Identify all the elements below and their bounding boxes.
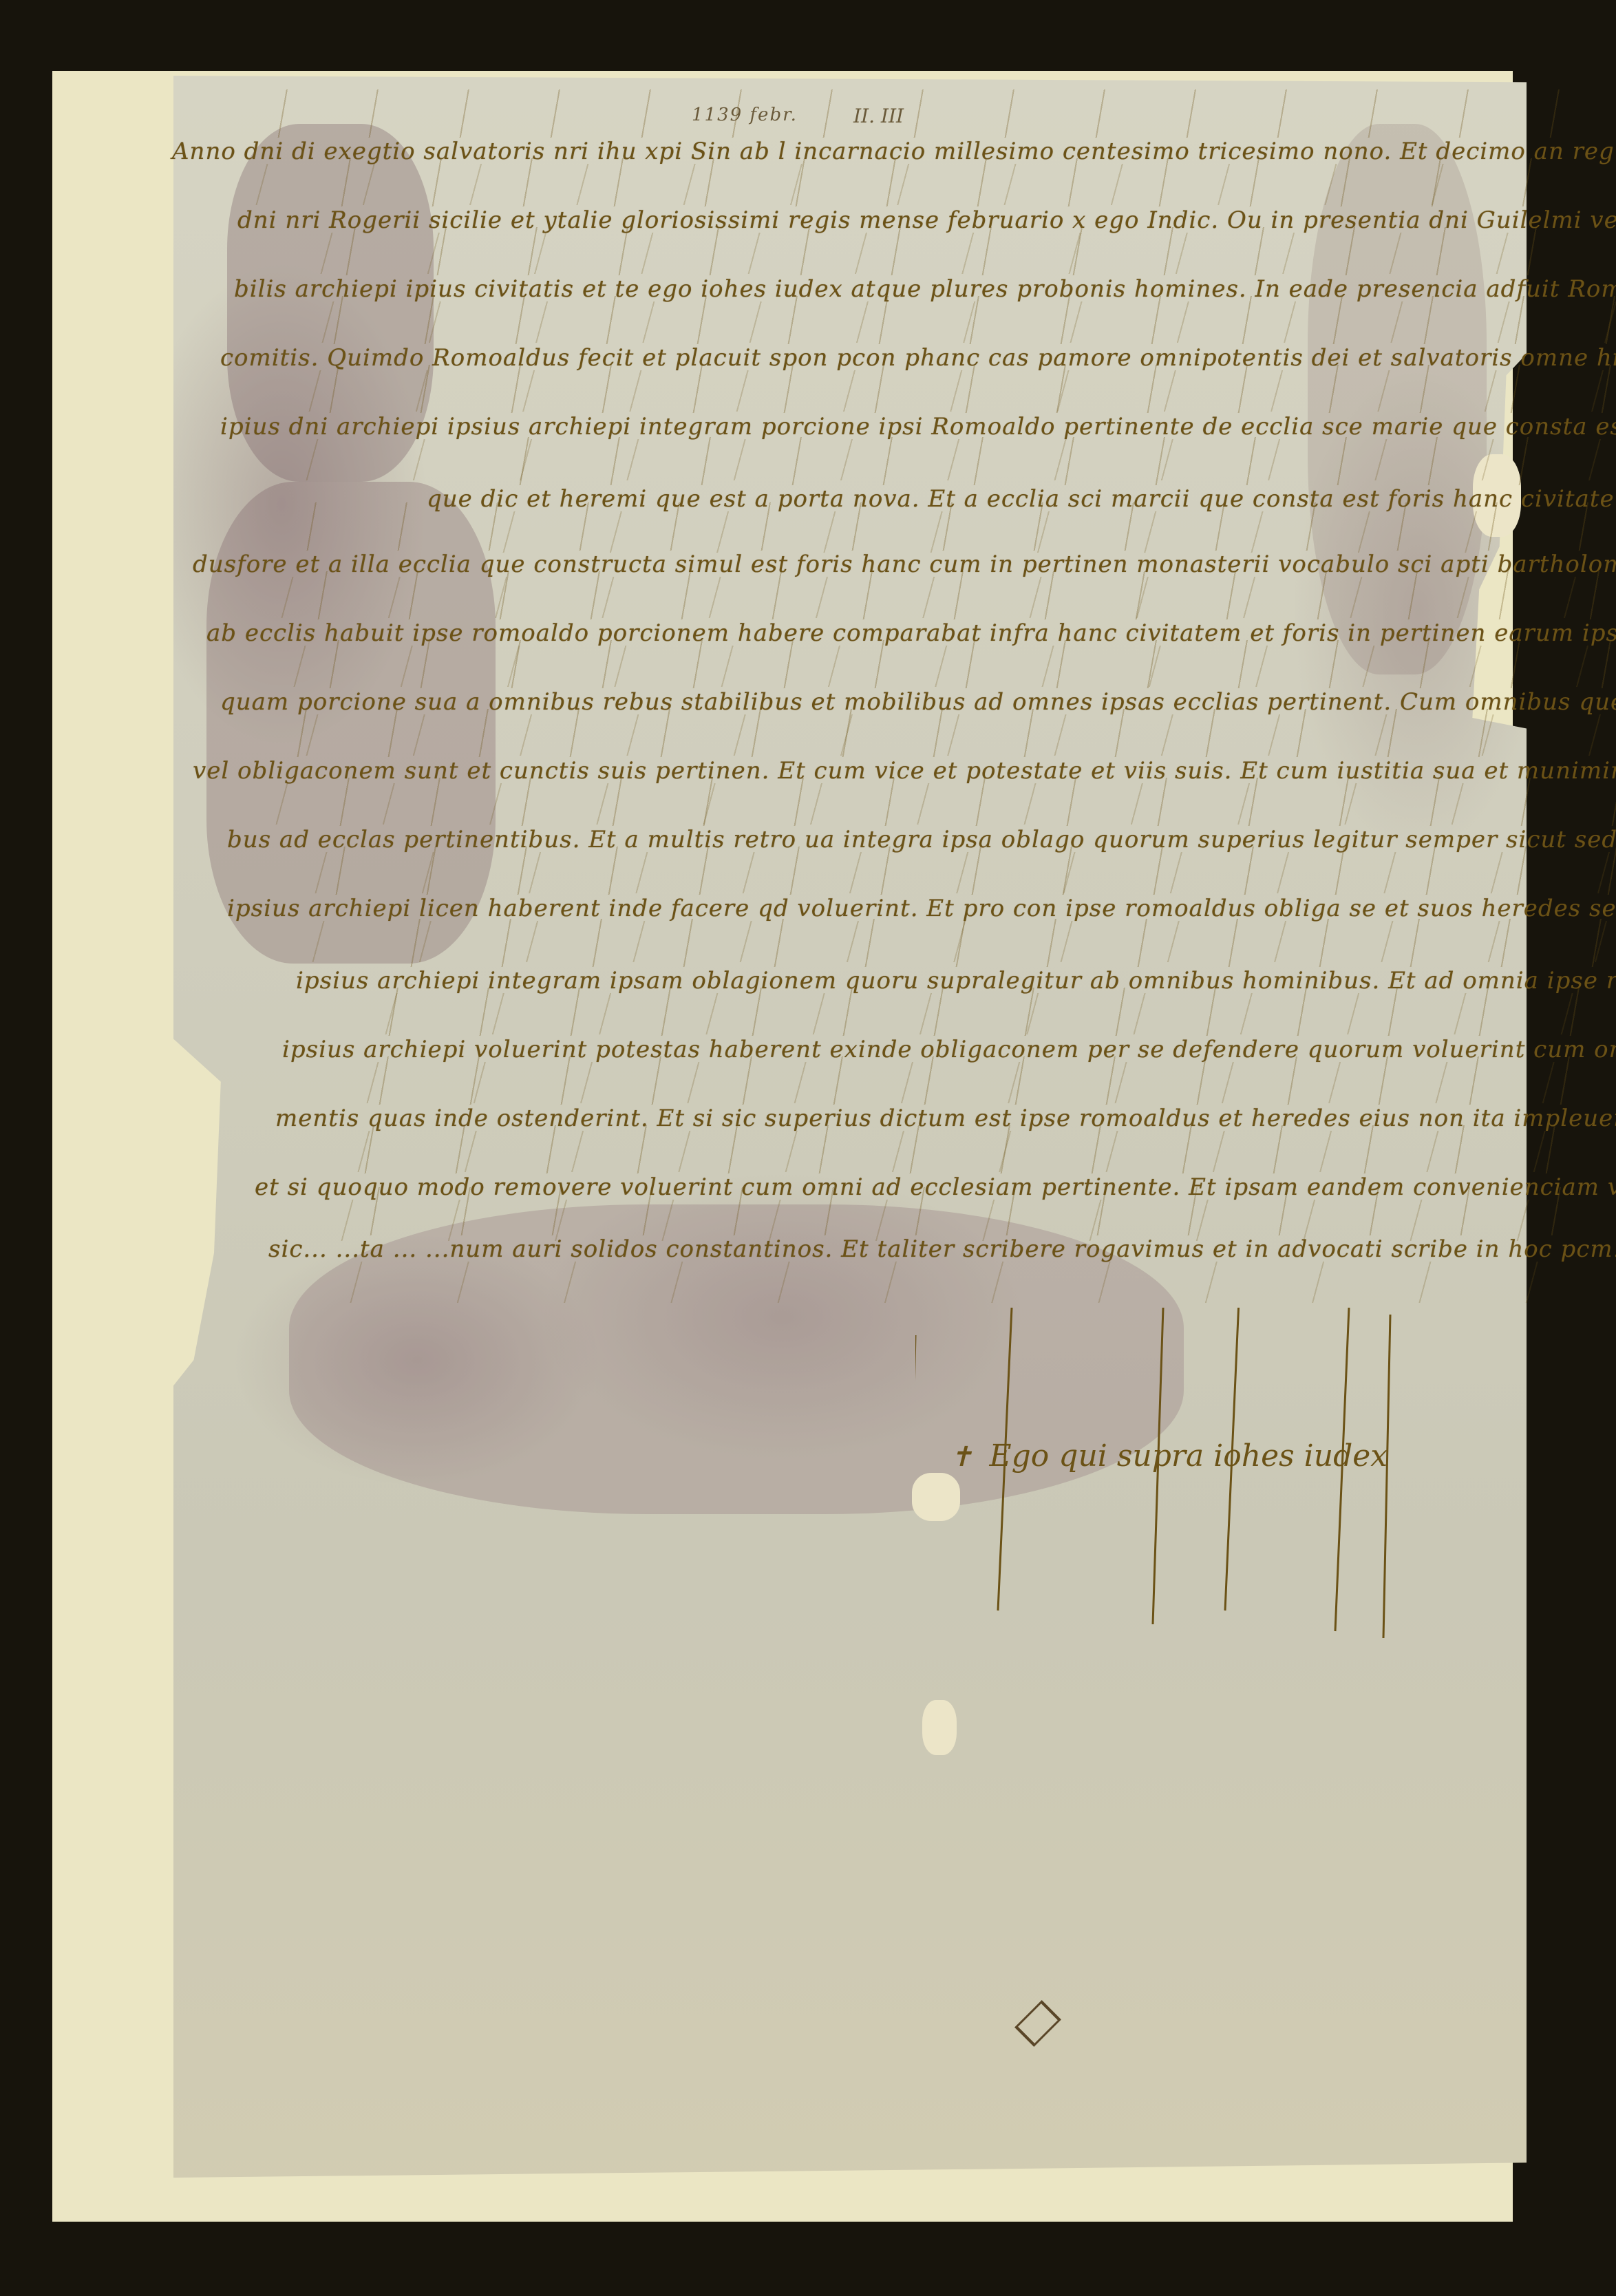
torn-patch bbox=[922, 1700, 957, 1755]
signature-ascender-strokes bbox=[915, 1308, 1535, 1652]
judge-signature: ✝ Ego qui supra iohes iudex bbox=[950, 1438, 1388, 1474]
text-line: ipsius archiepi licen haberent inde face… bbox=[227, 895, 1616, 922]
cross-icon: ✝ bbox=[950, 1441, 973, 1473]
text-line: sic... ...ta ... ...num auri solidos con… bbox=[268, 1235, 1616, 1263]
signature-text: Ego qui supra iohes iudex bbox=[990, 1438, 1388, 1474]
text-line: ipius dni archiepi ipsius archiepi integ… bbox=[220, 413, 1616, 440]
